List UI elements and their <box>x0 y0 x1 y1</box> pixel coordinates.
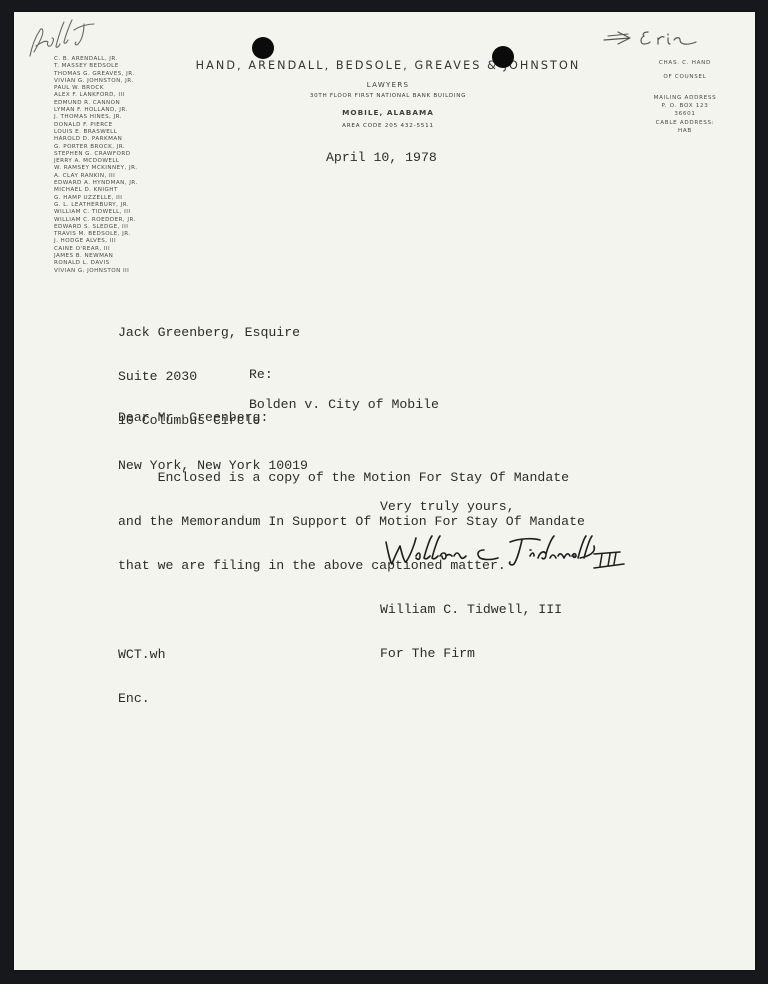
partner-name: LOUIS E. BRASWELL <box>54 129 174 136</box>
recipient-line: Jack Greenberg, Esquire <box>118 326 308 341</box>
partner-name: C. B. ARENDALL, JR. <box>54 56 174 63</box>
firm-phone: AREA CODE 205 432-5511 <box>190 123 586 129</box>
partner-name: ALEX F. LANKFORD, III <box>54 92 174 99</box>
reference-initials: WCT.wh <box>118 648 165 663</box>
cable-value: HAB <box>630 127 740 135</box>
partner-name: T. MASSEY BEDSOLE <box>54 63 174 70</box>
firm-name: HAND, ARENDALL, BEDSOLE, GREAVES & JOHNS… <box>190 59 586 72</box>
partner-name: G. L. LEATHERBURY, JR. <box>54 202 174 209</box>
partner-name: THOMAS G. GREAVES, JR. <box>54 71 174 78</box>
letter-date: April 10, 1978 <box>326 151 437 166</box>
handwritten-note-bill <box>22 12 102 62</box>
partner-name: W. RAMSEY McKINNEY, JR. <box>54 165 174 172</box>
mailing-label: MAILING ADDRESS <box>630 94 740 102</box>
partner-name: VIVIAN G. JOHNSTON, JR. <box>54 78 174 85</box>
partner-name: EDWARD A. HYNDMAN, JR. <box>54 180 174 187</box>
signer-block: William C. Tidwell, III For The Firm <box>380 573 562 691</box>
mailing-address-block: MAILING ADDRESS P. O. BOX 123 36601 CABL… <box>630 94 740 135</box>
enclosure-note: Enc. <box>118 692 165 707</box>
zip-code: 36601 <box>630 110 740 118</box>
partner-name: WILLIAM C. TIDWELL, III <box>54 209 174 216</box>
firm-subtitle: LAWYERS <box>190 81 586 89</box>
punch-hole-right <box>492 46 514 68</box>
po-box: P. O. BOX 123 <box>630 102 740 110</box>
reference-initials-block: WCT.wh Enc. <box>118 618 165 736</box>
partner-list: C. B. ARENDALL, JR. T. MASSEY BEDSOLE TH… <box>54 56 174 275</box>
firm-city: MOBILE, ALABAMA <box>190 108 586 117</box>
partner-name: JERRY A. McDOWELL <box>54 158 174 165</box>
signer-title: For The Firm <box>380 647 562 662</box>
partner-name: DONALD F. PIERCE <box>54 122 174 129</box>
partner-name: PAUL W. BROCK <box>54 85 174 92</box>
partner-name: VIVIAN G. JOHNSTON III <box>54 268 174 275</box>
re-subject: Bolden v. City of Mobile <box>249 368 439 442</box>
body-line: Enclosed is a copy of the Motion For Sta… <box>118 471 585 486</box>
signer-name: William C. Tidwell, III <box>380 603 562 618</box>
punch-hole-left <box>252 37 274 59</box>
partner-name: LYMAN F. HOLLAND, JR. <box>54 107 174 114</box>
partner-name: MICHAEL D. KNIGHT <box>54 187 174 194</box>
partner-name: STEPHEN G. CRAWFORD <box>54 151 174 158</box>
handwritten-signature <box>380 528 640 572</box>
firm-building: 30TH FLOOR FIRST NATIONAL BANK BUILDING <box>190 93 586 99</box>
partner-name: EDMUND R. CANNON <box>54 100 174 107</box>
partner-name: J. HODGE ALVES, III <box>54 238 174 245</box>
partner-name: JAMES B. NEWMAN <box>54 253 174 260</box>
partner-name: G. PORTER BROCK, JR. <box>54 144 174 151</box>
closing: Very truly yours, <box>380 500 515 515</box>
partner-name: HAROLD D. PARKMAN <box>54 136 174 143</box>
letter-page: C. B. ARENDALL, JR. T. MASSEY BEDSOLE TH… <box>14 12 755 970</box>
partner-name: G. HAMP UZZELLE, III <box>54 195 174 202</box>
partner-name: A. CLAY RANKIN, III <box>54 173 174 180</box>
of-counsel-title: OF COUNSEL <box>630 74 740 80</box>
partner-name: TRAVIS M. BEDSOLE, JR. <box>54 231 174 238</box>
salutation: Dear Mr. Greenberg: <box>118 411 268 426</box>
partner-name: RONALD L. DAVIS <box>54 260 174 267</box>
cable-label: CABLE ADDRESS: <box>630 119 740 127</box>
of-counsel-name: CHAS. C. HAND <box>630 60 740 66</box>
partner-name: EDWARD S. SLEDGE, III <box>54 224 174 231</box>
partner-name: WILLIAM C. ROEDDER, JR. <box>54 217 174 224</box>
partner-name: J. THOMAS HINES, JR. <box>54 114 174 121</box>
partner-name: CAINE O'REAR, III <box>54 246 174 253</box>
re-line: Bolden v. City of Mobile <box>249 398 439 413</box>
handwritten-note-eric <box>600 26 710 52</box>
